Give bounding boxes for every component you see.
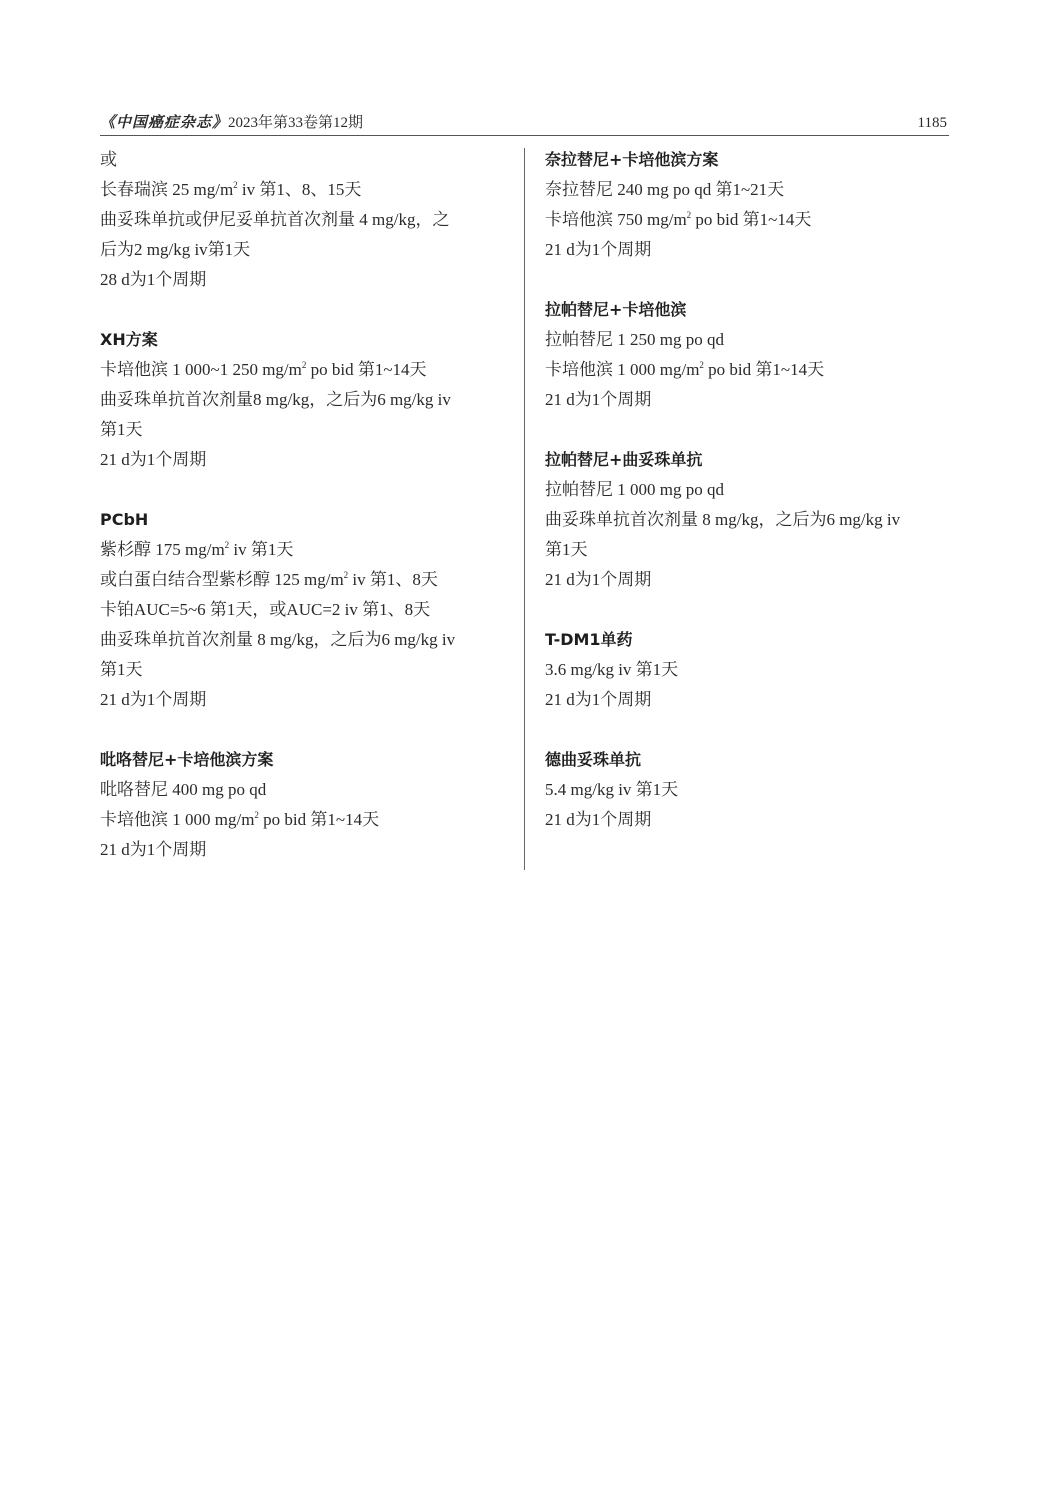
regimen-line: 21 d为1个周期	[545, 235, 955, 265]
column-divider	[524, 148, 525, 870]
regimen-line: 21 d为1个周期	[100, 835, 510, 865]
superscript: 2	[302, 360, 307, 370]
regimen-line: 曲妥珠单抗首次剂量 8 mg/kg，之后为6 mg/kg iv	[545, 505, 955, 535]
regimen-line: 卡培他滨 1 000 mg/m2 po bid 第1~14天	[545, 355, 955, 385]
journal-issue: 2023年第33卷第12期	[228, 115, 363, 131]
regimen-line: 第1天	[545, 535, 955, 565]
regimen-heading: 吡咯替尼+卡培他滨方案	[100, 745, 510, 775]
regimen-line: 28 d为1个周期	[100, 265, 510, 295]
left-column: 或长春瑞滨 25 mg/m2 iv 第1、8、15天曲妥珠单抗或伊尼妥单抗首次剂…	[100, 145, 510, 895]
regimen-line: 卡培他滨 750 mg/m2 po bid 第1~14天	[545, 205, 955, 235]
page-number: 1185	[918, 113, 947, 133]
regimen-line: 曲妥珠单抗或伊尼妥单抗首次剂量 4 mg/kg，之	[100, 205, 510, 235]
regimen-line: 长春瑞滨 25 mg/m2 iv 第1、8、15天	[100, 175, 510, 205]
regimen-block: 拉帕替尼+卡培他滨拉帕替尼 1 250 mg po qd卡培他滨 1 000 m…	[545, 295, 955, 415]
regimen-line: 3.6 mg/kg iv 第1天	[545, 655, 955, 685]
regimen-line: 吡咯替尼 400 mg po qd	[100, 775, 510, 805]
regimen-line: 曲妥珠单抗首次剂量 8 mg/kg，之后为6 mg/kg iv	[100, 625, 510, 655]
journal-citation: 《中国癌症杂志》2023年第33卷第12期	[100, 113, 363, 133]
regimen-block: 奈拉替尼+卡培他滨方案奈拉替尼 240 mg po qd 第1~21天卡培他滨 …	[545, 145, 955, 265]
regimen-block: 德曲妥珠单抗5.4 mg/kg iv 第1天21 d为1个周期	[545, 745, 955, 835]
regimen-line: 21 d为1个周期	[545, 385, 955, 415]
regimen-line: 或白蛋白结合型紫杉醇 125 mg/m2 iv 第1、8天	[100, 565, 510, 595]
regimen-heading: T-DM1单药	[545, 625, 955, 655]
running-header: 《中国癌症杂志》2023年第33卷第12期 1185	[100, 113, 949, 136]
regimen-heading: XH方案	[100, 325, 510, 355]
regimen-line: 21 d为1个周期	[100, 445, 510, 475]
superscript: 2	[254, 810, 259, 820]
regimen-heading: PCbH	[100, 505, 510, 535]
regimen-heading: 拉帕替尼+曲妥珠单抗	[545, 445, 955, 475]
regimen-block: T-DM1单药3.6 mg/kg iv 第1天21 d为1个周期	[545, 625, 955, 715]
regimen-line: 卡培他滨 1 000 mg/m2 po bid 第1~14天	[100, 805, 510, 835]
regimen-line: 21 d为1个周期	[100, 685, 510, 715]
regimen-line: 第1天	[100, 655, 510, 685]
superscript: 2	[699, 360, 704, 370]
superscript: 2	[233, 180, 238, 190]
regimen-line: 21 d为1个周期	[545, 805, 955, 835]
regimen-line: 紫杉醇 175 mg/m2 iv 第1天	[100, 535, 510, 565]
regimen-line: 奈拉替尼 240 mg po qd 第1~21天	[545, 175, 955, 205]
regimen-line: 21 d为1个周期	[545, 685, 955, 715]
regimen-block: XH方案卡培他滨 1 000~1 250 mg/m2 po bid 第1~14天…	[100, 325, 510, 475]
regimen-line: 5.4 mg/kg iv 第1天	[545, 775, 955, 805]
regimen-block: 拉帕替尼+曲妥珠单抗拉帕替尼 1 000 mg po qd曲妥珠单抗首次剂量 8…	[545, 445, 955, 595]
right-column: 奈拉替尼+卡培他滨方案奈拉替尼 240 mg po qd 第1~21天卡培他滨 …	[545, 145, 955, 865]
regimen-heading: 拉帕替尼+卡培他滨	[545, 295, 955, 325]
superscript: 2	[344, 570, 349, 580]
regimen-line: 21 d为1个周期	[545, 565, 955, 595]
regimen-line: 后为2 mg/kg iv第1天	[100, 235, 510, 265]
regimen-line: 或	[100, 145, 510, 175]
regimen-line: 卡培他滨 1 000~1 250 mg/m2 po bid 第1~14天	[100, 355, 510, 385]
regimen-line: 卡铂AUC=5~6 第1天，或AUC=2 iv 第1、8天	[100, 595, 510, 625]
regimen-line: 曲妥珠单抗首次剂量8 mg/kg，之后为6 mg/kg iv	[100, 385, 510, 415]
regimen-line: 第1天	[100, 415, 510, 445]
regimen-block: PCbH紫杉醇 175 mg/m2 iv 第1天或白蛋白结合型紫杉醇 125 m…	[100, 505, 510, 715]
superscript: 2	[225, 540, 230, 550]
regimen-line: 拉帕替尼 1 250 mg po qd	[545, 325, 955, 355]
regimen-line: 拉帕替尼 1 000 mg po qd	[545, 475, 955, 505]
regimen-block: 吡咯替尼+卡培他滨方案吡咯替尼 400 mg po qd卡培他滨 1 000 m…	[100, 745, 510, 865]
regimen-heading: 德曲妥珠单抗	[545, 745, 955, 775]
regimen-heading: 奈拉替尼+卡培他滨方案	[545, 145, 955, 175]
superscript: 2	[687, 210, 692, 220]
journal-name: 《中国癌症杂志》	[100, 115, 228, 131]
regimen-block: 或长春瑞滨 25 mg/m2 iv 第1、8、15天曲妥珠单抗或伊尼妥单抗首次剂…	[100, 145, 510, 295]
